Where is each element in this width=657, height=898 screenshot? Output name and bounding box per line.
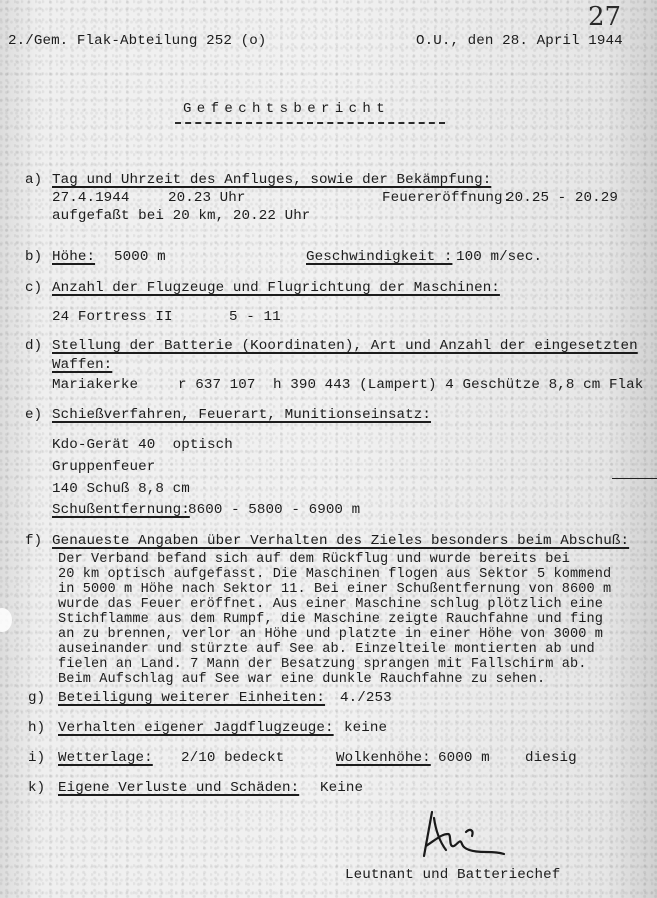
battery-location: Mariakerke	[52, 377, 138, 393]
title-underline	[175, 122, 445, 124]
cloud-height-value: 6000 m	[438, 750, 490, 766]
place-date: O.U., den 28. April 1944	[416, 33, 623, 49]
ammunition-used: 140 Schuß 8,8 cm	[52, 481, 190, 497]
firing-range-value: 8600 - 5800 - 6900 m	[188, 502, 360, 518]
other-units-value: 4./253	[340, 690, 392, 706]
speed-label: Geschwindigkeit :	[306, 249, 452, 265]
page-number: 27	[588, 2, 621, 32]
narrative-line-4: wurde das Feuer eröffnet. Aus einer Masc…	[58, 597, 603, 613]
attack-date: 27.4.1944	[52, 190, 130, 206]
signature-title: Leutnant und Batteriechef	[345, 867, 560, 883]
narrative-line-5: Stichflamme aus dem Rumpf, die Maschine …	[58, 612, 603, 628]
narrative-line-6: an zu brennen, verlor an Höhe und platzt…	[58, 627, 603, 643]
section-e-heading: Schießverfahren, Feuerart, Munitionseins…	[52, 407, 431, 423]
section-k-heading: Eigene Verluste und Schäden:	[58, 780, 299, 796]
handwritten-signature-icon	[420, 808, 510, 868]
section-i-label: i)	[28, 750, 45, 766]
narrative-line-1: Der Verband befand sich auf dem Rückflug…	[58, 552, 570, 568]
section-d-label: d)	[25, 338, 42, 354]
narrative-line-7: auseinander und stürzte auf See ab. Einz…	[58, 642, 595, 658]
fire-type: Gruppenfeuer	[52, 459, 155, 475]
narrative-line-3: in 5000 m Höhe nach Sektor 11. Bei einer…	[58, 582, 611, 598]
document-title: Gefechtsbericht	[183, 101, 390, 117]
margin-stroke	[612, 478, 657, 479]
section-h-heading: Verhalten eigener Jagdflugzeuge:	[58, 720, 334, 736]
section-a-label: a)	[25, 172, 42, 188]
section-k-label: k)	[28, 780, 45, 796]
attack-time: 20.23 Uhr	[168, 190, 246, 206]
speed-value: 100 m/sec.	[456, 249, 542, 265]
cloud-height-label: Wolkenhöhe:	[336, 750, 431, 766]
scanned-document-page: 27 2./Gem. Flak-Abteilung 252 (o) O.U., …	[0, 0, 657, 898]
detection-info: aufgefaßt bei 20 km, 20.22 Uhr	[52, 208, 310, 224]
visibility-value: diesig	[525, 750, 577, 766]
narrative-line-8: fielen an Land. 7 Mann der Besatzung spr…	[58, 657, 586, 673]
punch-hole-mark	[0, 608, 12, 632]
section-b-label: b)	[25, 249, 42, 265]
fire-opening-value: 20.25 - 20.29	[506, 190, 618, 206]
section-c-heading: Anzahl der Flugzeuge und Flugrichtung de…	[52, 280, 500, 296]
altitude-label: Höhe:	[52, 249, 95, 265]
section-d-heading: Stellung der Batterie (Koordinaten), Art…	[52, 338, 638, 354]
section-f-heading: Genaueste Angaben über Verhalten des Zie…	[52, 533, 629, 549]
aircraft-count: 24 Fortress II	[52, 309, 173, 325]
section-a-heading: Tag und Uhrzeit des Anfluges, sowie der …	[52, 172, 491, 188]
fire-opening-label: Feuereröffnung:	[382, 190, 511, 206]
section-g-heading: Beteiligung weiterer Einheiten:	[58, 690, 325, 706]
coordinate-r: r 637 107	[178, 377, 256, 393]
altitude-value: 5000 m	[114, 249, 166, 265]
section-e-label: e)	[25, 407, 42, 423]
section-d-heading-cont: Waffen:	[52, 357, 112, 373]
narrative-line-9: Beim Aufschlag auf See war eine dunkle R…	[58, 672, 545, 688]
own-fighters-value: keine	[344, 720, 387, 736]
weather-label: Wetterlage:	[58, 750, 153, 766]
weather-value: 2/10 bedeckt	[181, 750, 284, 766]
section-f-label: f)	[25, 533, 42, 549]
firing-range-label: Schußentfernung:	[52, 502, 190, 518]
coordinate-h-weapons: h 390 443 (Lampert) 4 Geschütze 8,8 cm F…	[273, 377, 643, 393]
flight-direction: 5 - 11	[229, 309, 281, 325]
fire-control-device: Kdo-Gerät 40 optisch	[52, 437, 233, 453]
own-losses-value: Keine	[320, 780, 363, 796]
unit-designation: 2./Gem. Flak-Abteilung 252 (o)	[8, 33, 266, 49]
section-g-label: g)	[28, 690, 45, 706]
section-c-label: c)	[25, 280, 42, 296]
narrative-line-2: 20 km optisch aufgefasst. Die Maschinen …	[58, 567, 611, 583]
section-h-label: h)	[28, 720, 45, 736]
